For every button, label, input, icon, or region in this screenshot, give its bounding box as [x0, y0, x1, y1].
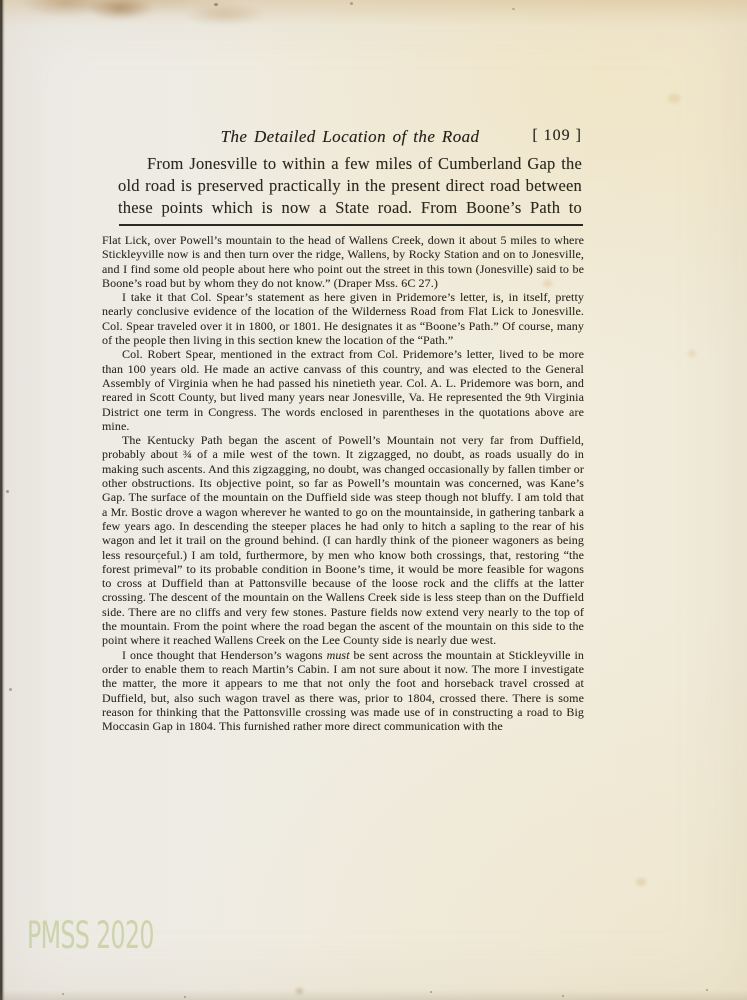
bottom-edge-speck [62, 993, 64, 995]
footnote-block: Flat Lick, over Powell’s mountain to the… [102, 233, 584, 733]
footnote-paragraph: I once thought that Henderson’s wagons m… [102, 648, 584, 734]
main-paragraph-line: From Jonesville to within a few miles of… [118, 153, 582, 175]
footnote-emphasis: must [327, 648, 350, 662]
paper-speck [512, 8, 515, 10]
page-number: [ 109 ] [532, 127, 582, 145]
bottom-edge-speck [706, 989, 708, 991]
footnote-text: I take it that Col. Spear’s statement as… [102, 290, 584, 347]
scanned-book-page: The Detailed Location of the Road [ 109 … [0, 0, 747, 1000]
footnote-text: Col. Robert Spear, mentioned in the extr… [102, 347, 584, 432]
footnote-paragraph: I take it that Col. Spear’s statement as… [102, 290, 584, 347]
footnote-paragraph: Flat Lick, over Powell’s mountain to the… [102, 233, 584, 290]
running-head: The Detailed Location of the Road [ 109 … [118, 127, 582, 149]
scan-left-edge-shadow [0, 0, 5, 1000]
watermark: PMSS 2020 [27, 914, 154, 957]
foxing-spot [636, 878, 646, 886]
footnote-divider-rule [119, 224, 583, 226]
footnote-text: The Kentucky Path began the ascent of Po… [102, 433, 584, 647]
bottom-edge-speck [562, 995, 564, 997]
main-paragraph-line: these points which is now a State road. … [118, 197, 582, 219]
bottom-edge-speck [430, 991, 432, 993]
paper-speck [350, 2, 353, 5]
bottom-edge-speck [184, 996, 186, 998]
stain-top-left [10, 0, 300, 40]
foxing-spot [668, 94, 680, 103]
footnote-paragraph: The Kentucky Path began the ascent of Po… [102, 433, 584, 647]
footnote-text: Flat Lick, over Powell’s mountain to the… [102, 233, 584, 290]
footnote-text: I once thought that Henderson’s wagons [122, 648, 327, 662]
scan-bottom-edge-shadow [0, 990, 747, 1000]
main-paragraph-line: old road is preserved practically in the… [118, 175, 582, 197]
paper-speck [6, 490, 9, 493]
page-title: The Detailed Location of the Road [118, 127, 582, 147]
main-paragraph: From Jonesville to within a few miles of… [118, 153, 582, 219]
paper-speck [214, 3, 218, 6]
foxing-spot [296, 988, 303, 994]
footnote-paragraph: Col. Robert Spear, mentioned in the extr… [102, 347, 584, 433]
foxing-spot [688, 350, 696, 357]
paper-speck [9, 688, 12, 691]
